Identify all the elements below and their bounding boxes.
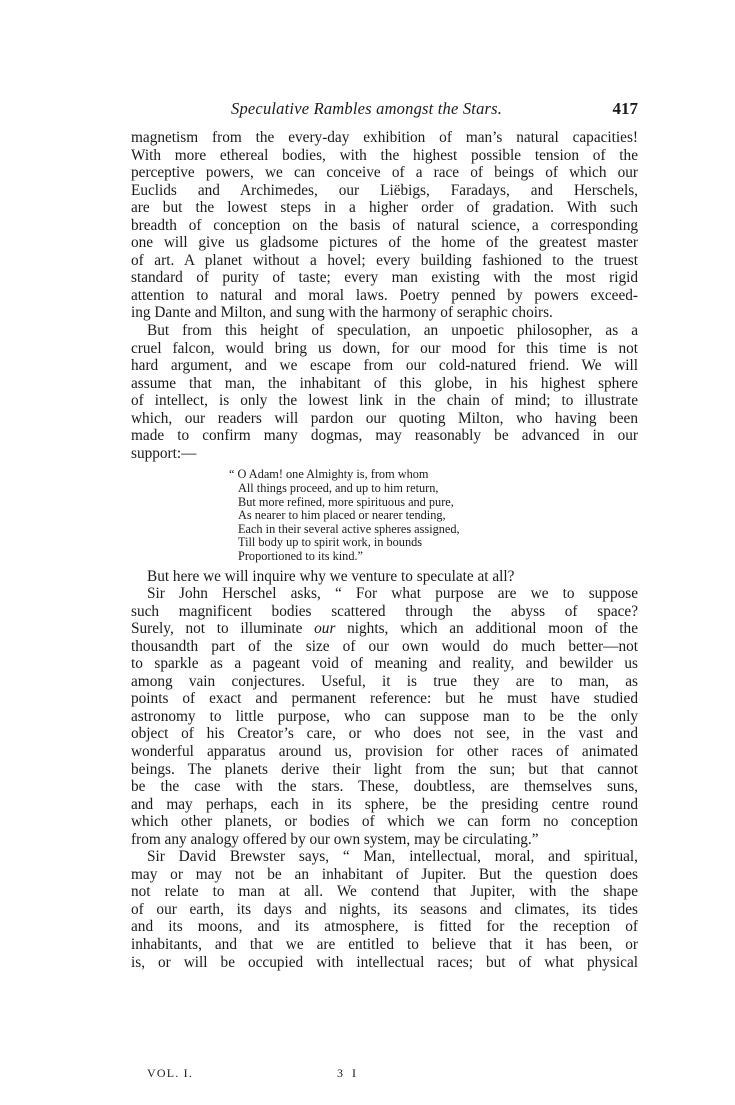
text-line: magnetism from the every-day exhibition … xyxy=(131,129,638,147)
text-line: which, our readers will pardon our quoti… xyxy=(131,410,638,428)
text-line: assume that man, the inhabitant of this … xyxy=(131,375,638,393)
running-head: Speculative Rambles amongst the Stars. 4… xyxy=(131,99,638,121)
text-line: ing Dante and Milton, and sung with the … xyxy=(131,304,638,322)
poem-line: But more refined, more spirituous and pu… xyxy=(229,496,638,510)
text-line: is, or will be occupied with intellectua… xyxy=(131,954,638,972)
text-line: But here we will inquire why we venture … xyxy=(131,568,638,586)
text-line: inhabitants, and that we are entitled to… xyxy=(131,936,638,954)
text-line: Sir David Brewster says, “ Man, intellec… xyxy=(131,848,638,866)
text-line: Euclids and Archimedes, our Liëbigs, Far… xyxy=(131,182,638,200)
text-line: may or may not be an inhabitant of Jupit… xyxy=(131,866,638,884)
text-line: With more ethereal bodies, with the high… xyxy=(131,147,638,165)
text-line: which other planets, or bodies of which … xyxy=(131,813,638,831)
text-line: points of exact and permanent reference:… xyxy=(131,690,638,708)
text-line: Sir John Herschel asks, “ For what purpo… xyxy=(131,585,638,603)
running-title: Speculative Rambles amongst the Stars. xyxy=(231,99,502,119)
text-line: attention to natural and moral laws. Poe… xyxy=(131,287,638,305)
text-line: Surely, not to illuminate our nights, wh… xyxy=(131,620,638,638)
paragraph-brewster: Sir David Brewster says, “ Man, intellec… xyxy=(131,848,638,971)
text-line: made to confirm many dogmas, may reasona… xyxy=(131,427,638,445)
text-line: not relate to man at all. We contend tha… xyxy=(131,883,638,901)
poem-line: “ O Adam! one Almighty is, from whom xyxy=(229,468,638,482)
text-line: breadth of conception on the basis of na… xyxy=(131,217,638,235)
text-line: one will give us gladsome pictures of th… xyxy=(131,234,638,252)
poem-line: As nearer to him placed or nearer tendin… xyxy=(229,509,638,523)
paragraph-milton-intro: But from this height of speculation, an … xyxy=(131,322,638,462)
text-line: such magnificent bodies scattered throug… xyxy=(131,603,638,621)
text-line: But from this height of speculation, an … xyxy=(131,322,638,340)
page-number: 417 xyxy=(613,99,639,119)
text-line: of intellect, is only the lowest link in… xyxy=(131,392,638,410)
text-line: be the case with the stars. These, doubt… xyxy=(131,778,638,796)
text-line: object of his Creator’s care, or who doe… xyxy=(131,725,638,743)
text-line: and may perhaps, each in its sphere, be … xyxy=(131,796,638,814)
paragraph-inquiry: But here we will inquire why we venture … xyxy=(131,568,638,586)
text-line: hard argument, and we escape from our co… xyxy=(131,357,638,375)
text-line: are but the lowest steps in a higher ord… xyxy=(131,199,638,217)
poem-line: All things proceed, and up to him return… xyxy=(229,482,638,496)
volume-label: VOL. I. xyxy=(147,1066,193,1081)
body-text: magnetism from the every-day exhibition … xyxy=(131,129,638,971)
signature-mark: 3 I xyxy=(337,1066,359,1081)
text-line: from any analogy offered by our own syst… xyxy=(131,831,638,849)
text-line: perceptive powers, we can conceive of a … xyxy=(131,164,638,182)
text-line: beings. The planets derive their light f… xyxy=(131,761,638,779)
emphasis-text: our xyxy=(314,620,335,637)
text-line: thousandth part of the size of our own w… xyxy=(131,638,638,656)
text-line: cruel falcon, would bring us down, for o… xyxy=(131,340,638,358)
text-line: standard of purity of taste; every man e… xyxy=(131,269,638,287)
text-line: and its moons, and its atmosphere, is fi… xyxy=(131,918,638,936)
text-line: astronomy to little purpose, who can sup… xyxy=(131,708,638,726)
poem-quotation: “ O Adam! one Almighty is, from whom All… xyxy=(229,468,638,563)
paragraph-herschel: Sir John Herschel asks, “ For what purpo… xyxy=(131,585,638,848)
poem-line: Each in their several active spheres ass… xyxy=(229,523,638,537)
text-line: support:— xyxy=(131,445,638,463)
text-line: to sparkle as a pageant void of meaning … xyxy=(131,655,638,673)
poem-line: Till body up to spirit work, in bounds xyxy=(229,536,638,550)
poem-line: Proportioned to its kind.” xyxy=(229,550,638,564)
book-page: Speculative Rambles amongst the Stars. 4… xyxy=(0,0,735,1105)
text-line: among vain conjectures. Useful, it is tr… xyxy=(131,673,638,691)
paragraph-continuation: magnetism from the every-day exhibition … xyxy=(131,129,638,322)
page-footer: VOL. I. 3 I xyxy=(147,1066,638,1082)
text-run: Surely, not to illuminate xyxy=(131,620,314,637)
text-line: of our earth, its days and nights, its s… xyxy=(131,901,638,919)
text-line: wonderful apparatus around us, provision… xyxy=(131,743,638,761)
text-run: nights, which an additional moon of the xyxy=(335,620,638,637)
text-line: of art. A planet without a hovel; every … xyxy=(131,252,638,270)
